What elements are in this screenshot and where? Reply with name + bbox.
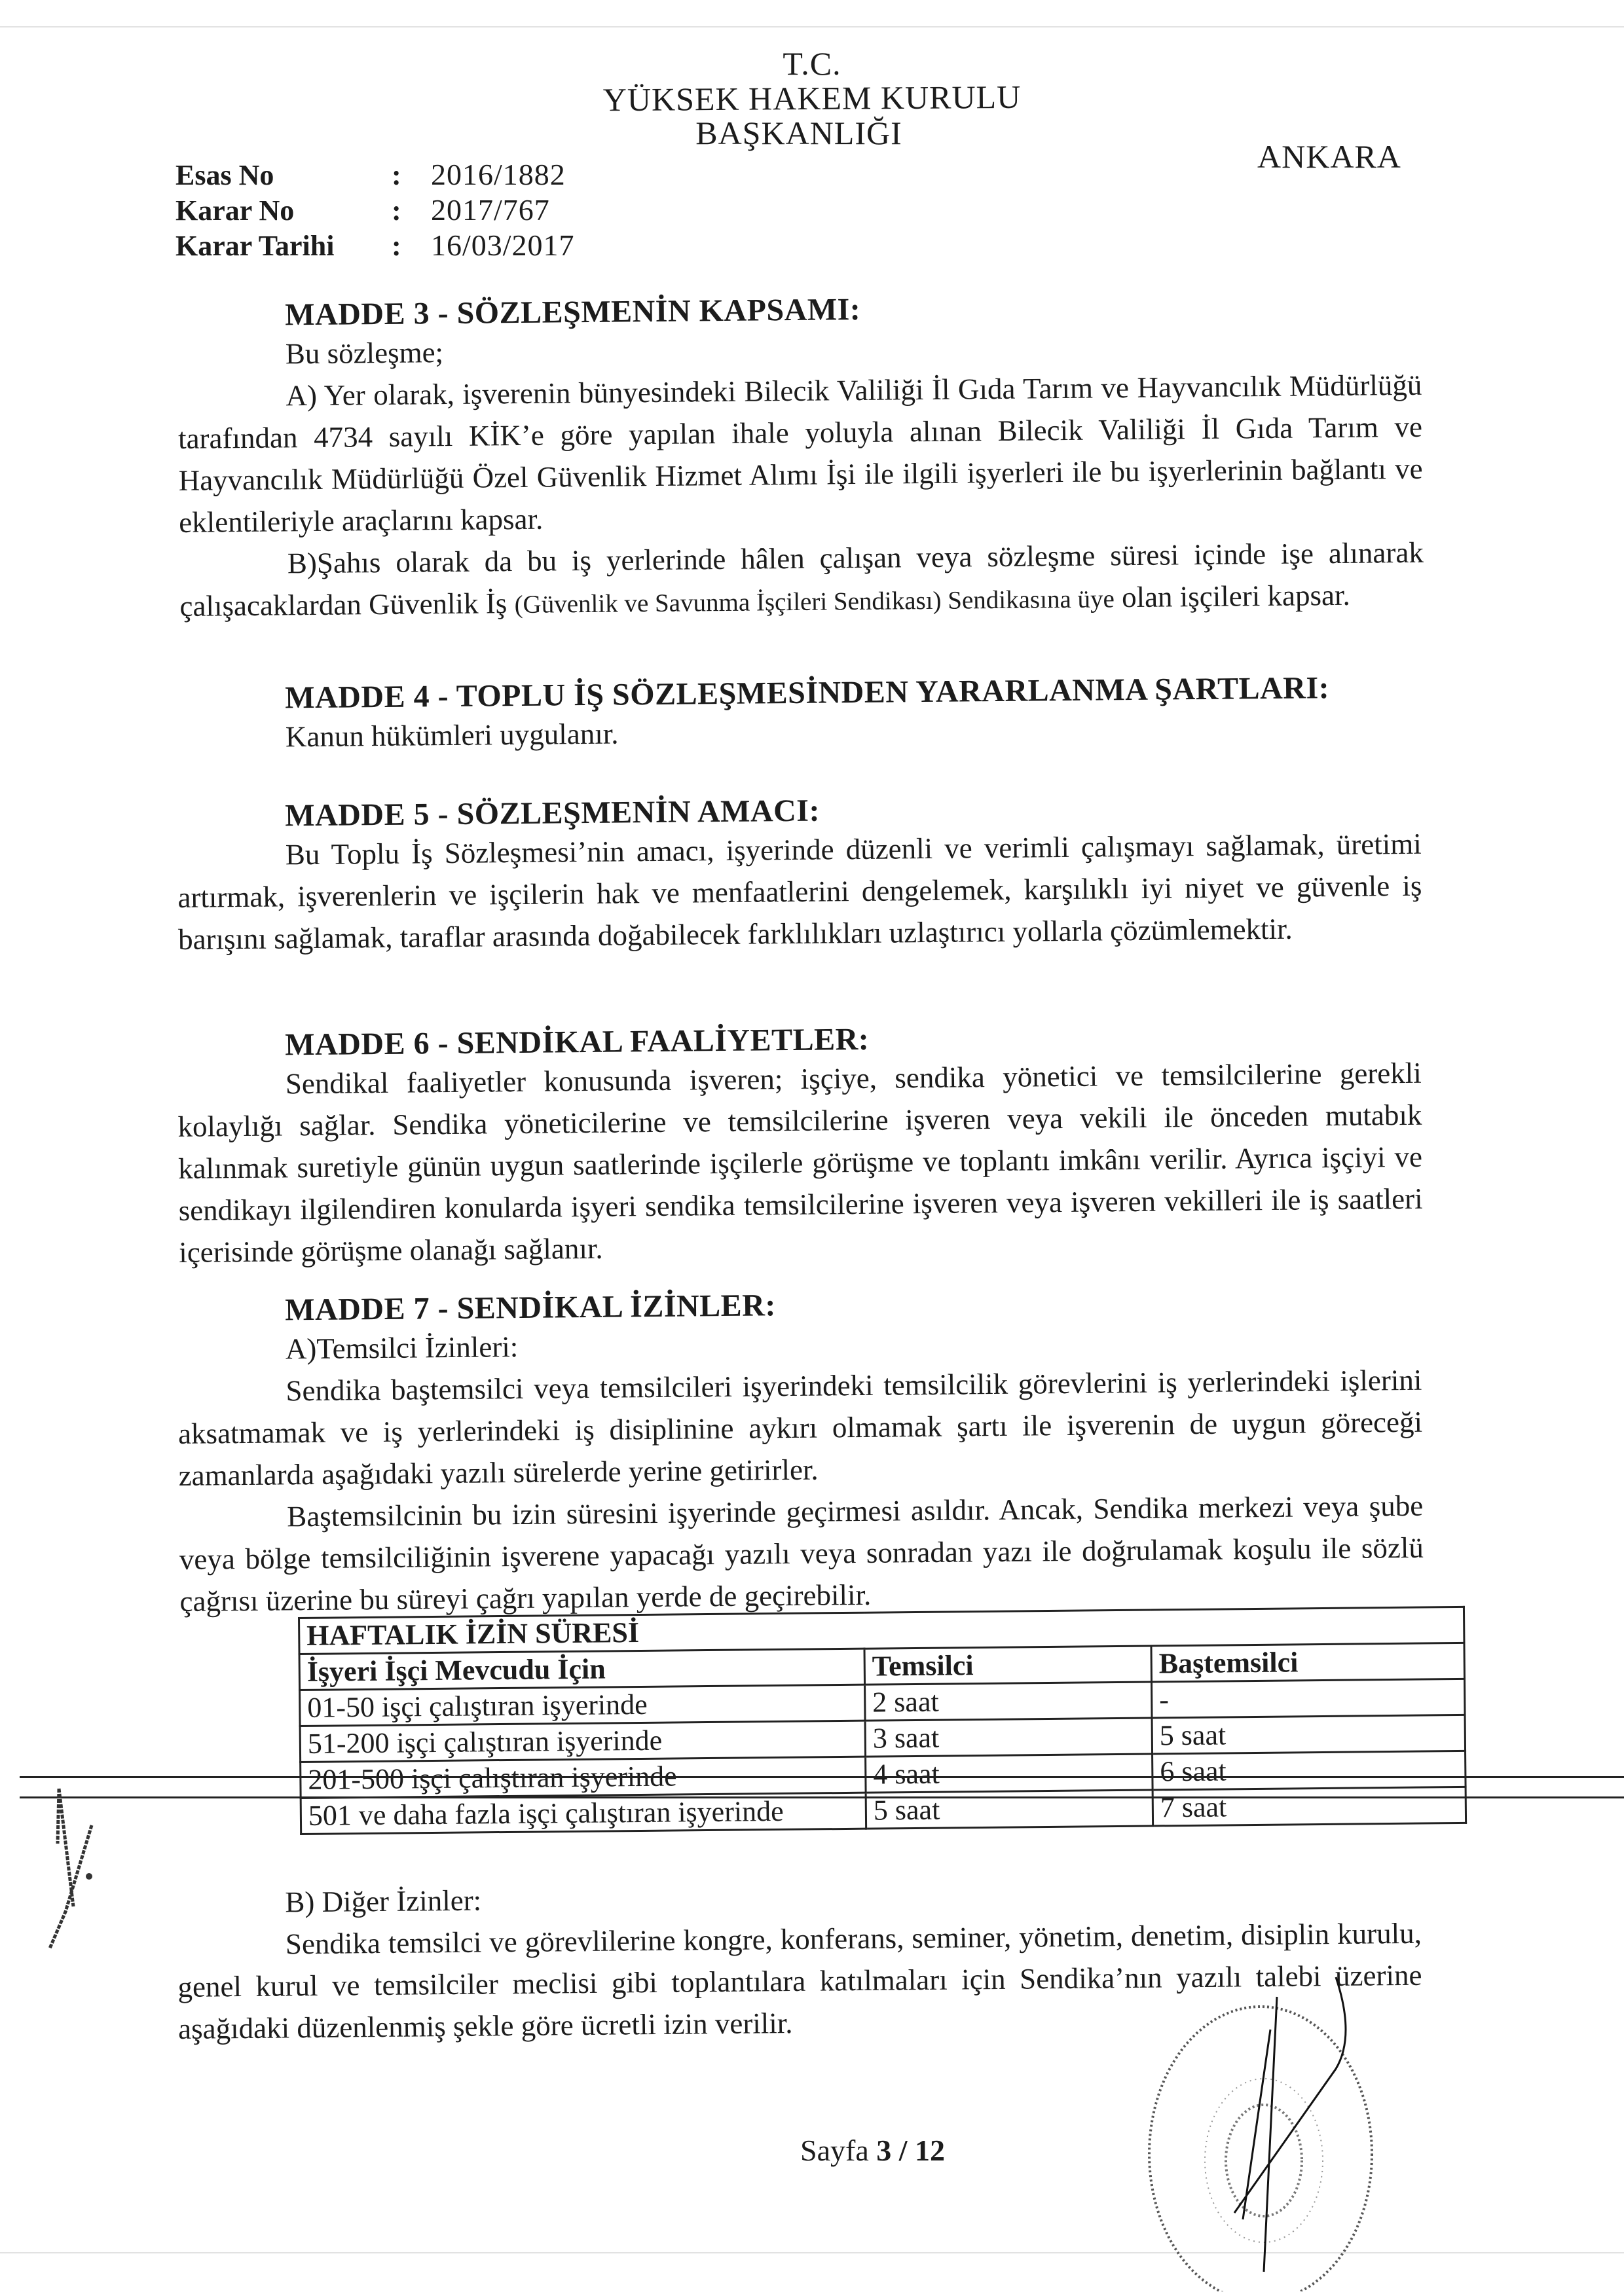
section-madde-3: MADDE 3 - SÖZLEŞMENİN KAPSAMI: Bu sözleş… [177,286,1424,629]
table-cell: 6 saat [1153,1751,1466,1790]
column-header: İşyeri İşçi Mevcudu İçin [299,1649,864,1690]
section-madde-7: MADDE 7 - SENDİKAL İZİNLER: A)Temsilci İ… [177,1281,1424,1622]
subsection-a-paragraph-1: Sendika baştemsilci veya temsilcileri iş… [177,1359,1423,1497]
table-cell: 4 saat [866,1754,1153,1793]
leave-table: HAFTALIK İZİN SÜRESİ İşyeri İşçi Mevcudu… [298,1606,1467,1835]
margin-initials-icon [26,1787,111,1958]
clause-a: A) Yer olarak, işverenin bünyesindeki Bi… [177,364,1423,543]
section-madde-5: MADDE 5 - SÖZLEŞMENİN AMACI: Bu Toplu İş… [177,787,1422,960]
table-cell: 2 saat [865,1682,1153,1721]
section-text: Sendikal faaliyetler konusunda işveren; … [177,1052,1424,1273]
column-header: Baştemsilci [1151,1643,1465,1682]
column-header: Temsilci [864,1646,1152,1685]
header-institution: YÜKSEK HAKEM KURULU [0,76,1624,120]
decision-meta: Esas No : 2016/1882 Karar No : 2017/767 … [175,157,575,263]
header-city: ANKARA [1257,137,1401,175]
section-text: Bu Toplu İş Sözleşmesi’nin amacı, işyeri… [177,823,1423,960]
page-total: 12 [915,2134,945,2167]
table-cell: 51-200 işçi çalıştıran işyerinde [300,1721,865,1762]
meta-label: Karar Tarihi [175,229,392,263]
table-cell: 7 saat [1153,1787,1466,1826]
meta-value: 16/03/2017 [431,228,575,263]
table-cell: 3 saat [865,1718,1153,1757]
page-separator: / [891,2134,915,2167]
table-cell: 5 saat [1152,1715,1466,1754]
page-prefix: Sayfa [800,2134,876,2167]
clause-b-end: olan işçileri kapsar. [1115,579,1350,613]
table-cell: 501 ve daha fazla işçi çalıştıran işyeri… [301,1793,866,1834]
page-number: Sayfa 3 / 12 [800,2133,945,2168]
meta-separator: : [392,194,431,227]
header-tc: T.C. [0,47,1624,80]
section-madde-4: MADDE 4 - TOPLU İŞ SÖZLEŞMESİNDEN YARARL… [177,669,1422,759]
meta-separator: : [392,229,431,263]
table-cell: 5 saat [866,1790,1153,1829]
union-name: (Güvenlik ve Savunma İşçileri Sendikası)… [514,585,1115,619]
section-madde-6: MADDE 6 - SENDİKAL FAALİYETLER: Sendikal… [177,1016,1424,1273]
clause-b: B)Şahıs olarak da bu iş yerlerinde hâlen… [179,532,1424,629]
meta-separator: : [392,158,431,192]
page-current: 3 [876,2134,891,2167]
meta-label: Karar No [175,194,392,227]
meta-value: 2017/767 [431,192,550,227]
official-stamp-icon [1074,1964,1441,2291]
strike-line [20,1776,1624,1778]
scan-artifact-line [0,26,1624,27]
table-cell: - [1152,1679,1466,1718]
strike-line [20,1796,1624,1798]
table-cell: 01-50 işçi çalıştıran işyerinde [300,1685,865,1726]
meta-value: 2016/1882 [431,157,566,192]
meta-label: Esas No [175,158,392,192]
weekly-leave-table: HAFTALIK İZİN SÜRESİ İşyeri İşçi Mevcudu… [298,1606,1467,1835]
subsection-a-paragraph-2: Baştemsilcinin bu izin süresini işyerind… [179,1485,1424,1622]
meta-karar-no: Karar No : 2017/767 [175,192,575,228]
meta-karar-tarihi: Karar Tarihi : 16/03/2017 [175,228,575,263]
meta-esas-no: Esas No : 2016/1882 [175,157,575,192]
